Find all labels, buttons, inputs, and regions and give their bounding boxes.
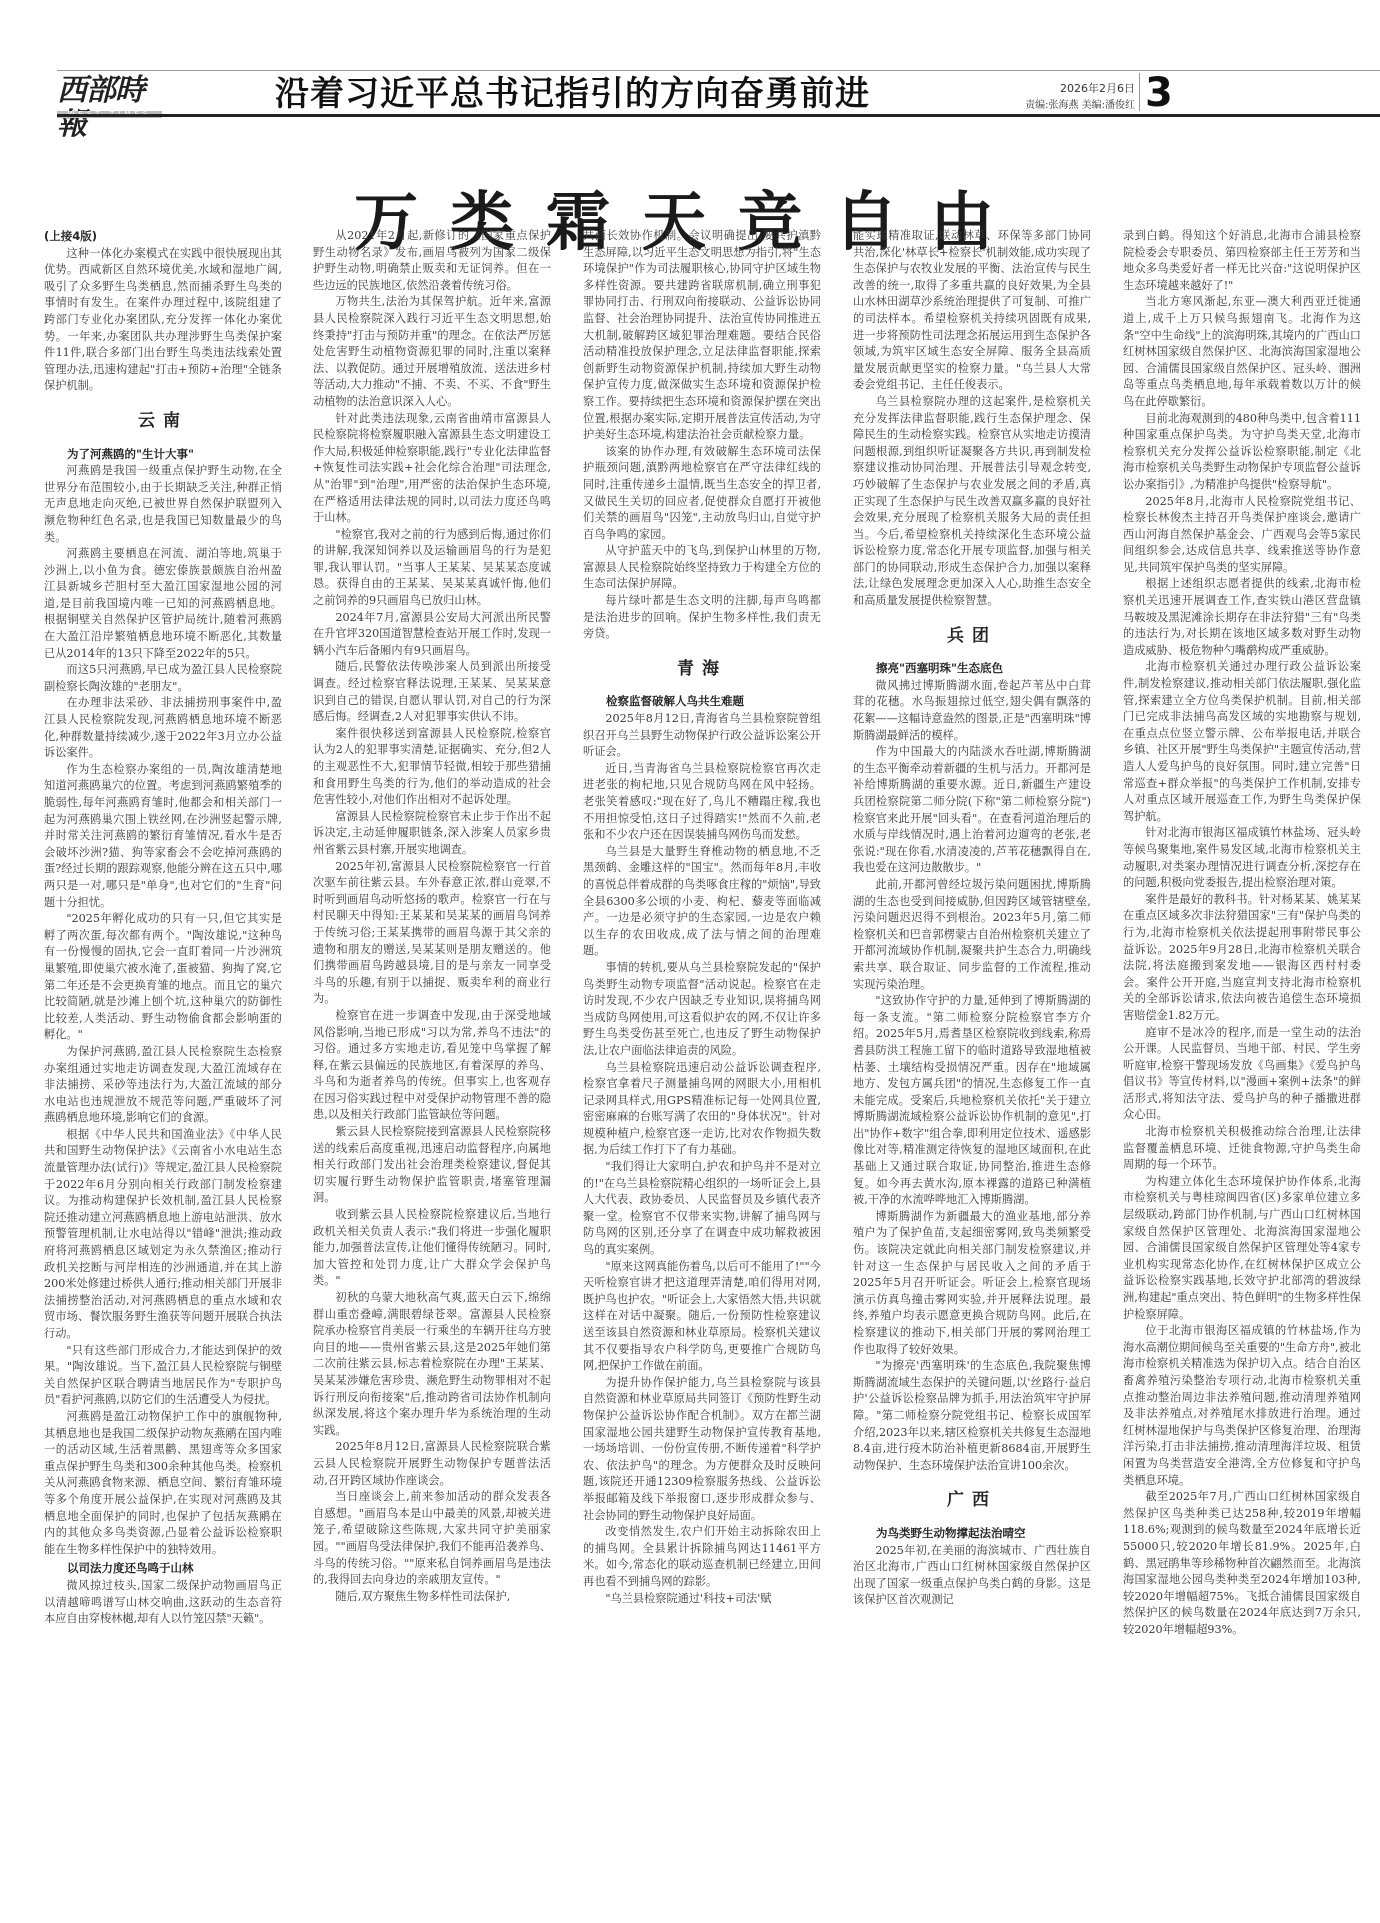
article-paragraph: "原来这网真能伤着鸟,以后可不能用了!""今天听检察官讲才把这道理弄清楚,咱们得…: [583, 1259, 821, 1375]
article-subheading: 为鸟类野生动物撑起法治晴空: [853, 1525, 1091, 1542]
continued-from-label: (上接4版): [44, 228, 282, 245]
article-paragraph: 北海市检察机关积极推动综合治理,让法律监督覆盖栖息环境、迁徙食物源,守护鸟类生命…: [1123, 1124, 1361, 1174]
article-paragraph: 微风拂过博斯腾湖水面,卷起芦苇丛中白茸茸的花穗。水鸟振翅掠过低空,翅尖偶有飘落的…: [853, 678, 1091, 744]
article-paragraph: "我们得让大家明白,护农和护鸟并不是对立的!"在乌兰县检察院精心组织的一场听证会…: [583, 1159, 821, 1259]
article-paragraph: 近日,当青海省乌兰县检察院检察官再次走进老张的枸杞地,只见合规防鸟网在风中轻扬。…: [583, 761, 821, 844]
article-paragraph: 目前北海观测到的480种鸟类中,包含着111种国家重点保护鸟类。为守护鸟类天堂,…: [1123, 411, 1361, 494]
article-paragraph: 乌兰县检察院办理的这起案件,是检察机关充分发挥法律监督职能,践行生态保护理念、保…: [853, 394, 1091, 610]
article-paragraph: 微风掠过枝头,国家二级保护动物画眉鸟正以清越啼鸣谱写山林交响曲,这跃动的生态音符…: [44, 1578, 282, 1628]
top-rule: [57, 70, 1380, 71]
article-paragraph: 事情的转机,要从乌兰县检察院发起的"保护鸟类野生动物专项监督"活动说起。检察官在…: [583, 960, 821, 1060]
article-paragraph: 富源县人民检察院检察官未止步于作出不起诉决定,主动延伸履职链条,深入涉案人员家乡…: [313, 809, 551, 859]
article-paragraph: 检察官在进一步调查中发现,由于深受地域风俗影响,当地已形成"习以为常,养鸟不违法…: [313, 1008, 551, 1124]
logo-chinese: 西部時報: [57, 74, 167, 142]
article-paragraph: 改变悄然发生,农户们开始主动拆除农田上的捕鸟网。全县累计拆除捕鸟网达11461平…: [583, 1524, 821, 1590]
article-paragraph: 河燕鸥是我国一级重点保护野生动物,在全世界分布范围较小,由于长期缺乏关注,种群正…: [44, 463, 282, 546]
newspaper-logo: 西部時報 WEST TIMES: [57, 74, 167, 116]
article-paragraph: 每片绿叶都是生态文明的注脚,每声鸟鸣都是法治进步的回响。保护生物多样性,我们责无…: [583, 593, 821, 643]
article-paragraph: 乌兰县检察院迅速启动公益诉讼调查程序,检察官拿着尺子测量捕鸟网的网眼大小,用相机…: [583, 1060, 821, 1160]
article-paragraph: 随后,双方聚焦生物多样性司法保护,: [313, 1589, 551, 1606]
article-paragraph: 初秋的乌蒙大地秋高气爽,蓝天白云下,绵绵群山重峦叠嶂,满眼碧绿苍翠。富源县人民检…: [313, 1290, 551, 1439]
article-paragraph: 万物共生,法治为其保驾护航。近年来,富源县人民检察院深入践行习近平生态文明思想,…: [313, 294, 551, 410]
article-paragraph: "只有这些部门形成合力,才能达到保护的效果。"陶汝雄说。当下,盈江县人民检察院与…: [44, 1343, 282, 1409]
article-paragraph: 随后,民警依法传唤涉案人员到派出所接受调查。经过检察官释法说理,王某某、吴某某意…: [313, 659, 551, 725]
article-subheading: 擦亮"西塞明珠"生态底色: [853, 660, 1091, 677]
region-heading: 青海: [583, 661, 821, 678]
region-heading: 云南: [44, 413, 282, 430]
column-1: (上接4版)这种一体化办案模式在实践中很快展现出其优势。西咸新区自然环境优美,水…: [44, 228, 282, 1628]
article-paragraph: 从守护蓝天中的飞鸟,到保护山林里的万物,富源县人民检察院始终坚持致力于构建全方位…: [583, 543, 821, 593]
article-paragraph: 这种一体化办案模式在实践中很快展现出其优势。西咸新区自然环境优美,水域和湿地广阔…: [44, 246, 282, 395]
article-paragraph: 针对此类违法现象,云南省曲靖市富源县人民检察院将检察履职融入富源县生态文明建设工…: [313, 411, 551, 527]
article-paragraph: 共商长效协作机制。会议明确提出,要共护滇黔生态屏障,以习近平生态文明思想为指引,…: [583, 228, 821, 444]
article-subheading: 以司法力度还鸟鸣于山林: [44, 1560, 282, 1577]
article-paragraph: 河燕鸥主要栖息在河流、湖泊等地,筑巢于沙洲上,以小鱼为食。德宏傣族景颇族自治州盈…: [44, 546, 282, 662]
article-paragraph: "乌兰县检察院通过'科技+司法'赋: [583, 1591, 821, 1608]
article-paragraph: "检察官,我对之前的行为感到后悔,通过你们的讲解,我深知饲养以及运输画眉鸟的行为…: [313, 527, 551, 610]
article-paragraph: 从2021年2月起,新修订的《国家重点保护野生动物名录》发布,画眉鸟被列为国家二…: [313, 228, 551, 294]
column-2: 从2021年2月起,新修订的《国家重点保护野生动物名录》发布,画眉鸟被列为国家二…: [313, 228, 551, 1605]
header-rule: [57, 114, 1380, 117]
article-paragraph: 庭审不是冰冷的程序,而是一堂生动的法治公开课。人民监督员、当地干部、村民、学生旁…: [1123, 1025, 1361, 1125]
article-subheading: 为了河燕鸥的"生计大事": [44, 446, 282, 463]
region-heading: 广西: [853, 1492, 1091, 1509]
article-paragraph: 能实现精准取证,联动林草、环保等多部门协同共治,深化'林草长+检察长'机制效能,…: [853, 228, 1091, 394]
article-paragraph: 乌兰县是大量野生脊椎动物的栖息地,不乏黑颈鹤、金雕这样的"国宝"。然而每年8月,…: [583, 844, 821, 960]
region-heading: 兵团: [853, 628, 1091, 645]
article-paragraph: 此前,开都河曾经垃圾污染问题困扰,博斯腾湖的生态也受到间接威胁,但因跨区域管辖壁…: [853, 877, 1091, 993]
article-paragraph: 2025年8月12日,青海省乌兰县检察院曾组织召开乌兰县野生动物保护行政公益诉讼…: [583, 711, 821, 761]
header-slogan: 沿着习近平总书记指引的方向奋勇前进: [275, 73, 870, 115]
article-paragraph: 河燕鸥是盈江动物保护工作中的旗舰物种,其栖息地也是我国二级保护动物灰燕鹇在国内唯…: [44, 1409, 282, 1558]
article-paragraph: 2025年8月12日,富源县人民检察院联合紫云县人民检察院开展野生动物保护专题普…: [313, 1439, 551, 1489]
article-paragraph: 2024年7月,富源县公安局大河派出所民警在升官坪320国道智慧检查站开展工作时…: [313, 610, 551, 660]
column-5: 录到白鹤。得知这个好消息,北海市合浦县检察院检委会专职委员、第四检察部主任王芳芳…: [1123, 228, 1361, 1638]
editors-credit: 责编:张海燕 美编:潘俊红: [990, 96, 1135, 111]
article-paragraph: 紫云县人民检察院接到富源县人民检察院移送的线索后高度重视,迅速启动监督程序,向属…: [313, 1124, 551, 1207]
article-paragraph: 2025年初,富源县人民检察院检察官一行首次驱车前往紫云县。车外春意正浓,群山竞…: [313, 859, 551, 1008]
page-number-divider: [1139, 73, 1140, 111]
article-paragraph: 2025年初,在美丽的海滨城市、广西壮族自治区北海市,广西山口红树林国家级自然保…: [853, 1543, 1091, 1609]
article-paragraph: 当北方寒风渐起,东亚—澳大利西亚迁徙通道上,成千上万只候鸟振翅南飞。北海作为这条…: [1123, 294, 1361, 410]
article-paragraph: 作为生态检察办案组的一员,陶汝雄清楚地知道河燕鸥巢穴的位置。考虑到河燕鸥繁殖季的…: [44, 762, 282, 911]
article-paragraph: 为构建立体化生态环境保护协作体系,北海市检察机关与粤桂琼闽四省(区)多家单位建立…: [1123, 1174, 1361, 1323]
article-paragraph: 当日座谈会上,前来参加活动的群众发表各自感想。"画眉鸟本是山中最美的风景,却被关…: [313, 1489, 551, 1589]
article-paragraph: 在办理非法采砂、非法捕捞刑事案件中,盈江县人民检察院发现,河燕鸥栖息地环境不断恶…: [44, 695, 282, 761]
article-paragraph: 该案的协作办理,有效破解生态环境司法保护瓶颈问题,滇黔两地检察官在严守法律红线的…: [583, 444, 821, 544]
article-paragraph: 博斯腾湖作为新疆最大的渔业基地,部分养殖户为了保护鱼苗,支起细密雾网,致鸟类频繁…: [853, 1209, 1091, 1358]
article-paragraph: 根据上述组织志愿者提供的线索,北海市检察机关迅速开展调查工作,查实铁山港区营盘镇…: [1123, 576, 1361, 659]
page-number: 3: [1145, 70, 1173, 116]
article-paragraph: 北海市检察机关通过办理行政公益诉讼案件,制发检察建议,推动相关部门依法履职,强化…: [1123, 659, 1361, 825]
article-paragraph: "2025年孵化成功的只有一只,但它其实是孵了两次蛋,每次都有两个。"陶汝雄说,…: [44, 911, 282, 1044]
article-paragraph: 案件是最好的教科书。针对杨某某、姚某某在重点区域多次非法狩猎国家"三有"保护鸟类…: [1123, 892, 1361, 1025]
article-paragraph: 录到白鹤。得知这个好消息,北海市合浦县检察院检委会专职委员、第四检察部主任王芳芳…: [1123, 228, 1361, 294]
article-paragraph: 案件很快移送到富源县人民检察院,检察官认为2人的犯罪事实清楚,证据确实、充分,但…: [313, 726, 551, 809]
article-paragraph: 而这5只河燕鸥,早已成为盈江县人民检察院副检察长陶汝雄的"老朋友"。: [44, 662, 282, 695]
column-3: 共商长效协作机制。会议明确提出,要共护滇黔生态屏障,以习近平生态文明思想为指引,…: [583, 228, 821, 1607]
issue-date: 2026年2月6日: [1040, 80, 1135, 96]
article-paragraph: 2025年8月,北海市人民检察院党组书记、检察长林俊杰主持召开鸟类保护座谈会,邀…: [1123, 494, 1361, 577]
article-paragraph: 收到紫云县人民检察院检察建议后,当地行政机关相关负责人表示:"我们将进一步强化履…: [313, 1207, 551, 1290]
article-paragraph: "这致协作守护的力量,延伸到了博斯腾湖的每一条支流。"第二师检察分院检察官李方介…: [853, 993, 1091, 1209]
article-paragraph: 截至2025年7月,广西山口红树林国家级自然保护区鸟类种类已达258种,较201…: [1123, 1489, 1361, 1638]
article-paragraph: "为擦亮'西塞明珠'的生态底色,我院聚焦博斯腾湖流域生态保护的关键问题,以'丝路…: [853, 1358, 1091, 1474]
article-paragraph: 位于北海市银海区福成镇的竹林盐场,作为海水高潮位期间候鸟至关重要的"生命方舟",…: [1123, 1323, 1361, 1489]
column-4: 能实现精准取证,联动林草、环保等多部门协同共治,深化'林草长+检察长'机制效能,…: [853, 228, 1091, 1609]
article-paragraph: 根据《中华人民共和国渔业法》《中华人民共和国野生动物保护法》《云南省小水电站生态…: [44, 1127, 282, 1343]
article-paragraph: 为保护河燕鸥,盈江县人民检察院生态检察办案组通过实地走访调查发现,大盈江流域存在…: [44, 1044, 282, 1127]
article-paragraph: 为提升协作保护能力,乌兰县检察院与该县自然资源和林业草原局共同签订《预防性野生动…: [583, 1375, 821, 1524]
article-paragraph: 作为中国最大的内陆淡水吞吐湖,博斯腾湖的生态平衡牵动着新疆的生机与活力。开都河是…: [853, 744, 1091, 877]
article-subheading: 检察监督破解人鸟共生难题: [583, 693, 821, 710]
article-paragraph: 针对北海市银海区福成镇竹林盐场、冠头岭等候鸟聚集地,案件易发区域,北海市检察机关…: [1123, 825, 1361, 891]
